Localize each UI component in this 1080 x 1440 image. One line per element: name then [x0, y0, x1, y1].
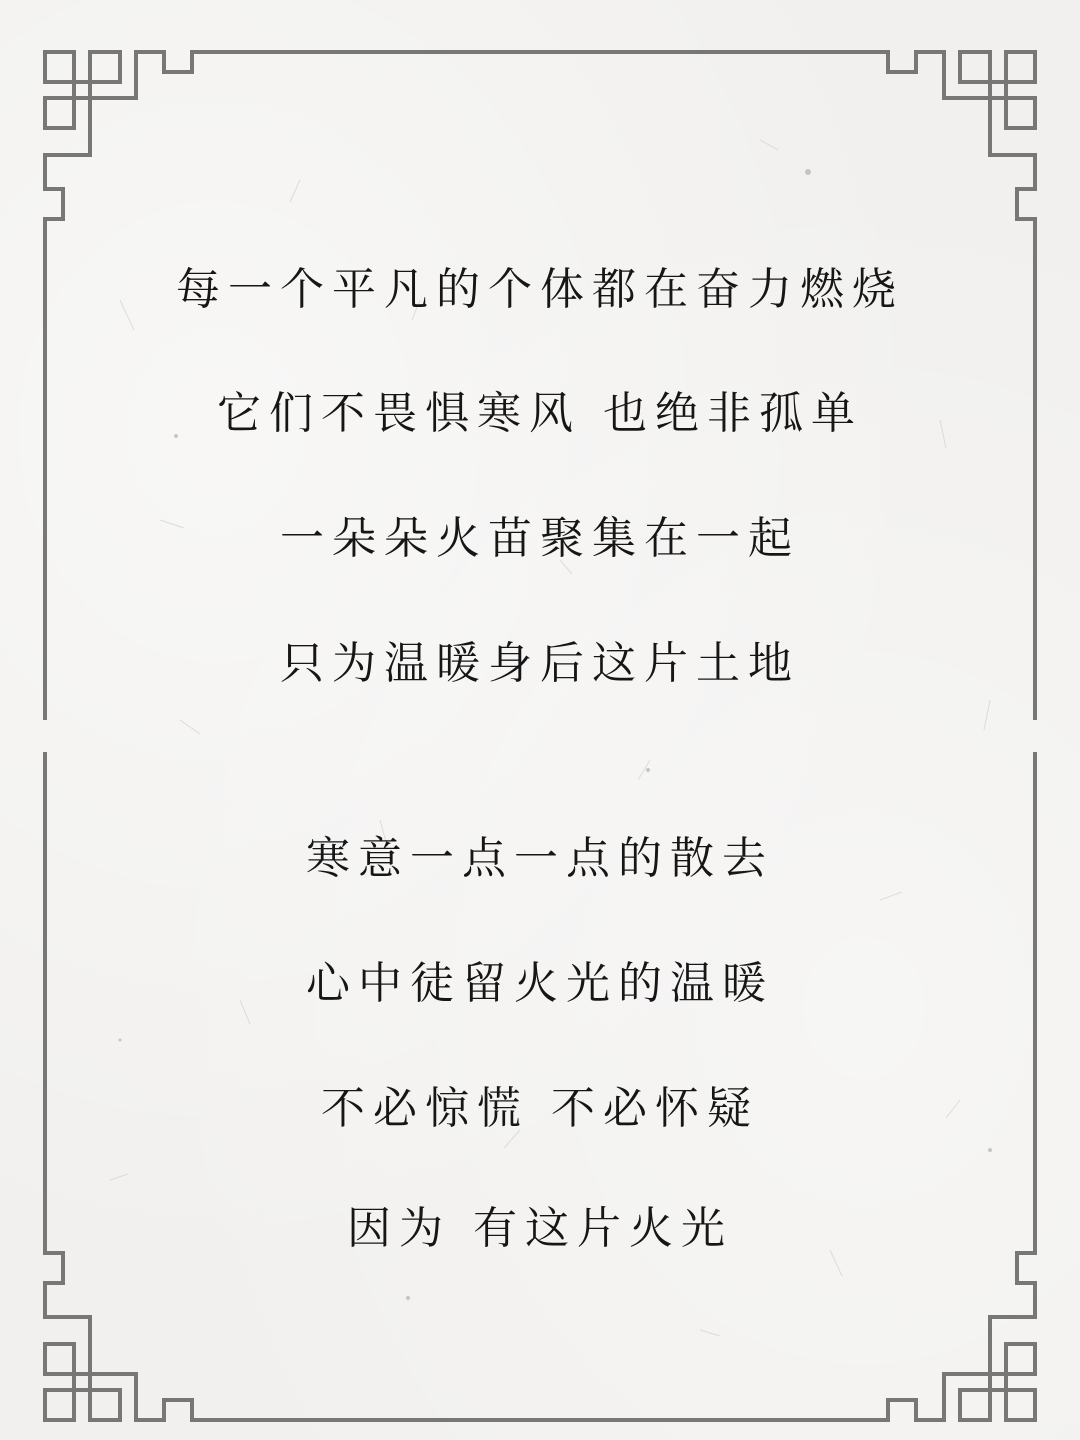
poem-line: 它们不畏惧寒风 也绝非孤单	[0, 384, 1080, 444]
poem-line: 因为 有这片火光	[0, 1199, 1080, 1259]
poem-line: 只为温暖身后这片土地	[0, 634, 1080, 694]
poem-line: 心中徒留火光的温暖	[0, 954, 1080, 1014]
poem-line: 每一个平凡的个体都在奋力燃烧	[0, 260, 1080, 320]
poem-line: 寒意一点一点的散去	[0, 829, 1080, 889]
poem-line: 不必惊慌 不必怀疑	[0, 1079, 1080, 1139]
poem-line: 一朵朵火苗聚集在一起	[0, 509, 1080, 569]
poem: 每一个平凡的个体都在奋力燃烧 它们不畏惧寒风 也绝非孤单 一朵朵火苗聚集在一起 …	[0, 0, 1080, 1440]
